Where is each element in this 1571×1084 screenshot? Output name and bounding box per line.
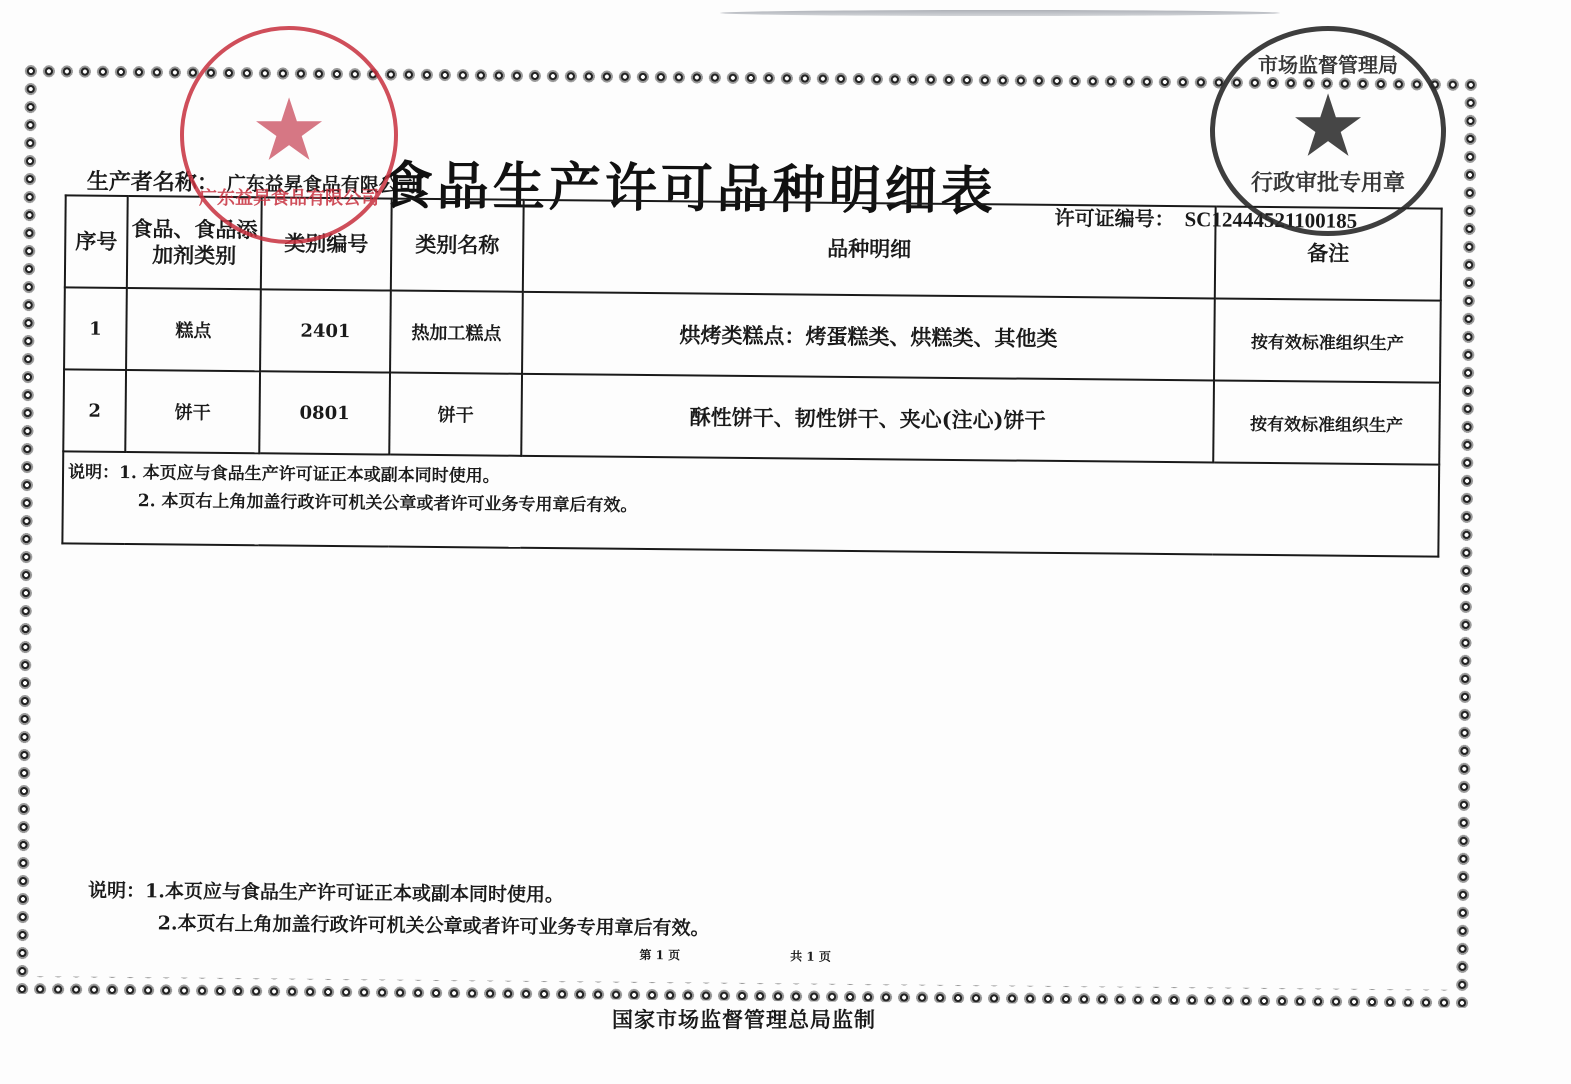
cell-seq: 2	[63, 369, 126, 452]
page-indicator: 第 1 页共 1 页	[639, 946, 941, 966]
page-current: 第 1 页	[639, 948, 680, 962]
gov-seal-top-text: 市场监督管理局	[1215, 49, 1441, 78]
cell-remarks: 按有效标准组织生产	[1213, 380, 1440, 464]
footer-line-2: 2.本页右上角加盖行政许可机关公章或者许可业务专用章后有效。	[88, 907, 710, 945]
cell-variety-detail: 烘烤类糕点：烤蛋糕类、烘糕类、其他类	[522, 292, 1215, 381]
footer-explanation: 说明：1.本页应与食品生产许可证正本或副本同时使用。 2.本页右上角加盖行政许可…	[88, 875, 710, 945]
table-explanation-row: 说明：1. 本页应与食品生产许可证正本或副本同时使用。 2. 本页右上角加盖行政…	[62, 451, 1439, 556]
cell-category-name: 热加工糕点	[390, 291, 523, 374]
header-variety-detail: 品种明细	[523, 200, 1216, 299]
explanation-label: 说明：	[68, 462, 119, 482]
company-seal: ★ 广东益昇食品有限公司	[180, 26, 398, 244]
page-total: 共 1 页	[790, 949, 831, 963]
cell-category: 饼干	[125, 370, 260, 453]
variety-detail-table: 序号 食品、食品添加剂类别 类别编号 类别名称 品种明细 备注 1 糕点 240…	[61, 194, 1442, 557]
star-icon: ★	[250, 88, 327, 174]
header-category-name: 类别名称	[391, 199, 524, 292]
footer-line-1: 1.本页应与食品生产许可证正本或副本同时使用。	[145, 880, 564, 906]
cell-category: 糕点	[126, 288, 261, 371]
issuer-text: 国家市场监督管理总局监制	[612, 1004, 876, 1034]
company-seal-text: 广东益昇食品有限公司	[184, 184, 394, 210]
cell-category-name: 饼干	[389, 373, 522, 456]
cell-category-code: 0801	[259, 371, 390, 454]
footer-explanation-label: 说明：	[88, 880, 145, 903]
cell-remarks: 按有效标准组织生产	[1214, 298, 1441, 382]
explanation-line-1: 1. 本页应与食品生产许可证正本或副本同时使用。	[119, 463, 500, 487]
gov-seal-bottom-text: 行政审批专用章	[1215, 166, 1441, 197]
table-row: 2 饼干 0801 饼干 酥性饼干、韧性饼干、夹心(注心)饼干 按有效标准组织生…	[63, 369, 1440, 464]
cell-variety-detail: 酥性饼干、韧性饼干、夹心(注心)饼干	[521, 374, 1214, 463]
table-row: 1 糕点 2401 热加工糕点 烘烤类糕点：烤蛋糕类、烘糕类、其他类 按有效标准…	[64, 287, 1441, 382]
star-icon: ★	[1289, 84, 1366, 170]
government-seal: 市场监督管理局 ★ 行政审批专用章	[1210, 26, 1446, 236]
explanation-line-2: 2. 本页右上角加盖行政许可机关公章或者许可业务专用章后有效。	[68, 486, 1434, 527]
table-explanation: 说明：1. 本页应与食品生产许可证正本或副本同时使用。 2. 本页右上角加盖行政…	[62, 451, 1439, 556]
header-seq: 序号	[65, 195, 128, 288]
page-edge-shadow	[720, 10, 1280, 16]
cell-seq: 1	[64, 287, 127, 370]
cell-category-code: 2401	[260, 289, 391, 372]
